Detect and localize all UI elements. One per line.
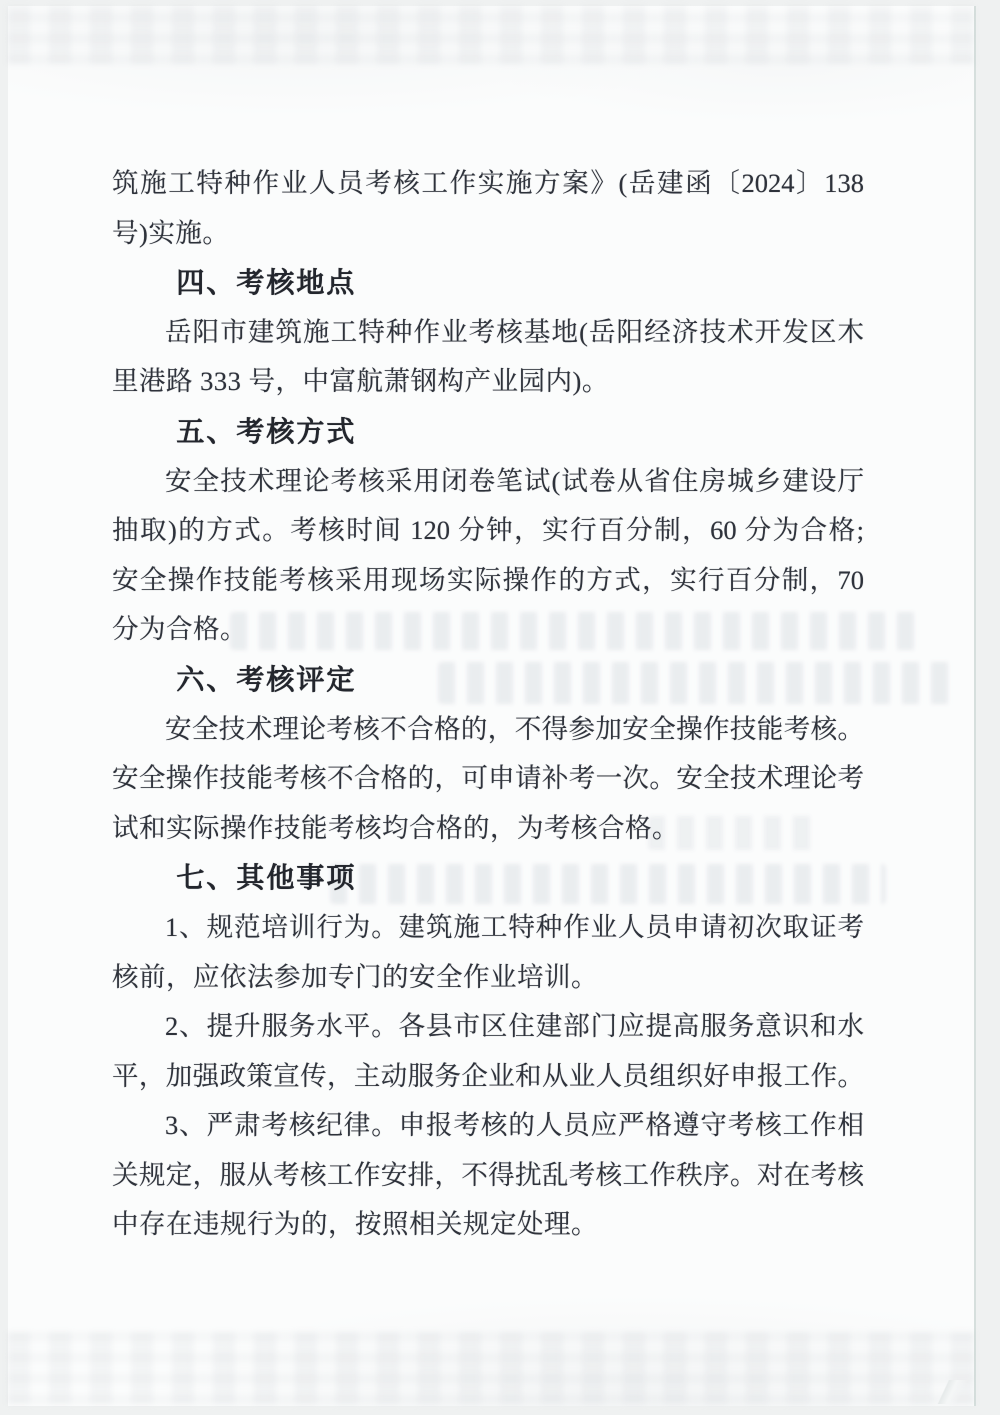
body-line: 3、严肃考核纪律。申报考核的人员应严格遵守考核工作相 [112, 1101, 864, 1151]
body-line: 安全技术理论考核采用闭卷笔试(试卷从省住房城乡建设厅 [112, 457, 864, 507]
body-line: 号)实施。 [112, 209, 864, 259]
bleedthrough-mottle-bottom [8, 1332, 974, 1404]
scanned-document-screenshot: { "colors": { "backdrop": "#eff1f1", "pa… [0, 0, 1000, 1415]
page-corner-curl [918, 1380, 970, 1404]
document-page: 筑施工特种作业人员考核工作实施方案》(岳建函〔2024〕138 号)实施。 四、… [8, 6, 976, 1406]
body-line: 平，加强政策宣传，主动服务企业和从业人员组织好申报工作。 [112, 1052, 864, 1102]
heading-section-7-other-matters: 七、其他事项 [112, 853, 864, 903]
body-line: 2、提升服务水平。各县市区住建部门应提高服务意识和水 [112, 1002, 864, 1052]
body-line: 里港路 333 号，中富航萧钢构产业园内)。 [112, 357, 864, 407]
body-line: 安全操作技能考核不合格的，可申请补考一次。安全技术理论考 [112, 754, 864, 804]
text-block: 筑施工特种作业人员考核工作实施方案》(岳建函〔2024〕138 号)实施。 四、… [112, 159, 864, 1250]
bleedthrough-mottle-top [8, 6, 974, 64]
body-line: 核前，应依法参加专门的安全作业培训。 [112, 953, 864, 1003]
body-line: 分为合格。 [112, 605, 864, 655]
body-line: 安全技术理论考核不合格的，不得参加安全操作技能考核。 [112, 705, 864, 755]
body-line: 1、规范培训行为。建筑施工特种作业人员申请初次取证考 [112, 903, 864, 953]
body-line: 岳阳市建筑施工特种作业考核基地(岳阳经济技术开发区木 [112, 308, 864, 358]
body-line: 安全操作技能考核采用现场实际操作的方式，实行百分制，70 [112, 556, 864, 606]
body-line: 抽取)的方式。考核时间 120 分钟，实行百分制，60 分为合格; [112, 506, 864, 556]
body-line: 关规定，服从考核工作安排，不得扰乱考核工作秩序。对在考核 [112, 1151, 864, 1201]
heading-section-4-exam-location: 四、考核地点 [112, 258, 864, 308]
heading-section-6-exam-evaluation: 六、考核评定 [112, 655, 864, 705]
body-line: 筑施工特种作业人员考核工作实施方案》(岳建函〔2024〕138 [112, 159, 864, 209]
body-line: 试和实际操作技能考核均合格的，为考核合格。 [112, 804, 864, 854]
body-line: 中存在违规行为的，按照相关规定处理。 [112, 1200, 864, 1250]
heading-section-5-exam-method: 五、考核方式 [112, 407, 864, 457]
